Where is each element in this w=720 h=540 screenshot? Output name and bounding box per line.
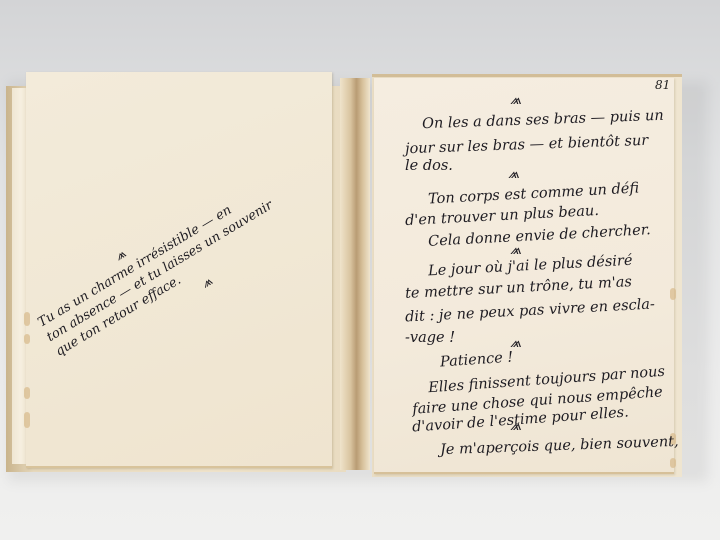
separator-mark: ⩕ — [508, 166, 519, 182]
separator-mark: ⩕ — [510, 242, 521, 258]
foxing-spot — [670, 458, 676, 468]
foxing-spot — [24, 387, 30, 399]
foxing-spot — [24, 334, 30, 344]
separator-mark: ⩕ — [510, 92, 521, 108]
handwritten-line: -vage ! — [405, 330, 455, 346]
foxing-spot — [670, 288, 676, 300]
book-gutter — [340, 78, 370, 470]
page-number: 81 — [655, 78, 670, 92]
separator-mark: ⩕ — [510, 418, 521, 434]
handwritten-line: le dos. — [405, 158, 453, 174]
foxing-spot — [24, 312, 30, 326]
foxing-spot — [24, 412, 30, 428]
